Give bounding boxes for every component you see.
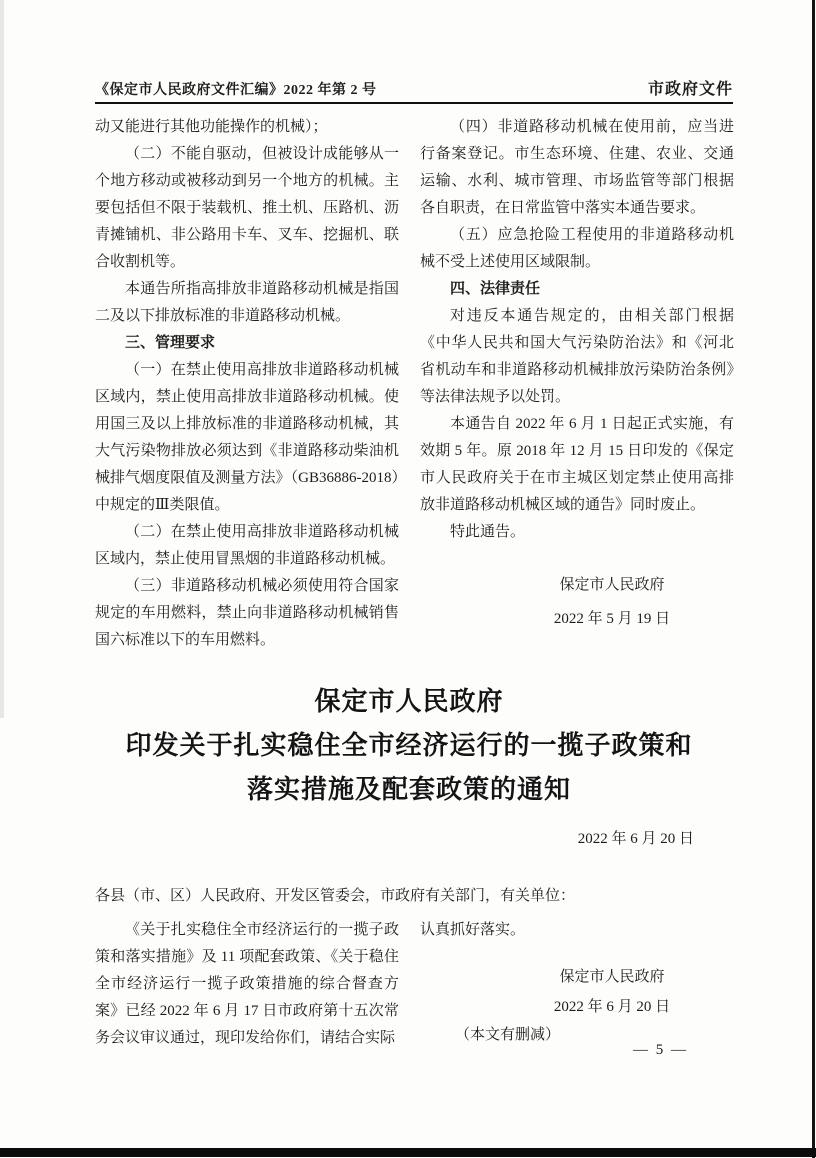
scan-bottom-edge [0, 1148, 816, 1157]
notice2-left-column: 《关于扎实稳住全市经济运行的一揽子政策和落实措施》及 11 项配套政策、《关于稳… [95, 917, 399, 1052]
signature-issuer: 保定市人民政府 [490, 568, 734, 602]
signature-issuer: 保定市人民政府 [490, 962, 734, 992]
notice2-signature-block: 保定市人民政府 2022 年 6 月 20 日 [420, 962, 734, 1022]
body-paragraph: （五）应急抢险工程使用的非道路移动机械不受上述使用区域限制。 [420, 222, 734, 276]
scan-right-edge [812, 0, 815, 1158]
signature-date: 2022 年 6 月 20 日 [490, 992, 734, 1022]
body-paragraph: （二）不能自驱动，但被设计成能够从一个地方移动或被移动到另一个地方的机械。主要包… [95, 141, 399, 276]
title-line: 印发关于扎实稳住全市经济运行的一揽子政策和 [84, 724, 734, 768]
notice2-right-column: 认真抓好落实。 保定市人民政府 2022 年 6 月 20 日 （本文有删减） [420, 917, 734, 1049]
compilation-title: 《保定市人民政府文件汇编》2022 年第 2 号 [95, 79, 377, 99]
page-number: — 5 — [633, 1042, 688, 1059]
body-paragraph: 认真抓好落实。 [420, 917, 734, 944]
body-paragraph: 本通告自 2022 年 6 月 1 日起正式实施，有效期 5 年。原 2018 … [420, 411, 734, 519]
body-paragraph: （三）非道路移动机械必须使用符合国家规定的车用燃料，禁止向非道路移动机械销售国六… [95, 573, 399, 654]
body-paragraph: （四）非道路移动机械在使用前，应当进行备案登记。市生态环境、住建、农业、交通运输… [420, 114, 734, 222]
header-divider [95, 102, 733, 104]
body-paragraph: 本通告所指高排放非道路移动机械是指国二及以下排放标准的非道路移动机械。 [95, 276, 399, 330]
body-paragraph: （二）在禁止使用高排放非道路移动机械区域内，禁止使用冒黑烟的非道路移动机械。 [95, 519, 399, 573]
title-line: 保定市人民政府 [84, 680, 734, 724]
notice2-title: 保定市人民政府 印发关于扎实稳住全市经济运行的一揽子政策和 落实措施及配套政策的… [84, 680, 734, 812]
body-paragraph: 《关于扎实稳住全市经济运行的一揽子政策和落实措施》及 11 项配套政策、《关于稳… [95, 917, 399, 1052]
signature-date: 2022 年 5 月 19 日 [490, 602, 734, 636]
body-paragraph: （一）在禁止使用高排放非道路移动机械区域内，禁止使用高排放非道路移动机械。使用国… [95, 357, 399, 519]
document-category-label: 市政府文件 [648, 76, 733, 99]
document-page: 《保定市人民政府文件汇编》2022 年第 2 号 市政府文件 动又能进行其他功能… [0, 0, 816, 1158]
section-heading: 四、法律责任 [420, 276, 734, 303]
body-paragraph: 对违反本通告规定的，由相关部门根据《中华人民共和国大气污染防治法》和《河北省机动… [420, 303, 734, 411]
notice2-salutation: 各县（市、区）人民政府、开发区管委会，市政府有关部门，有关单位： [95, 883, 735, 910]
notice2-date: 2022 年 6 月 20 日 [420, 827, 734, 848]
body-paragraph: 动又能进行其他功能操作的机械）； [95, 114, 399, 141]
notice1-right-column: （四）非道路移动机械在使用前，应当进行备案登记。市生态环境、住建、农业、交通运输… [420, 114, 734, 636]
section-heading: 三、管理要求 [95, 330, 399, 357]
notice1-left-column: 动又能进行其他功能操作的机械）； （二）不能自驱动，但被设计成能够从一个地方移动… [95, 114, 399, 654]
page-header: 《保定市人民政府文件汇编》2022 年第 2 号 市政府文件 [95, 76, 733, 99]
body-paragraph: 特此通告。 [420, 519, 734, 546]
notice1-signature-block: 保定市人民政府 2022 年 5 月 19 日 [420, 568, 734, 636]
scan-left-edge [0, 0, 4, 718]
title-line: 落实措施及配套政策的通知 [84, 768, 734, 812]
